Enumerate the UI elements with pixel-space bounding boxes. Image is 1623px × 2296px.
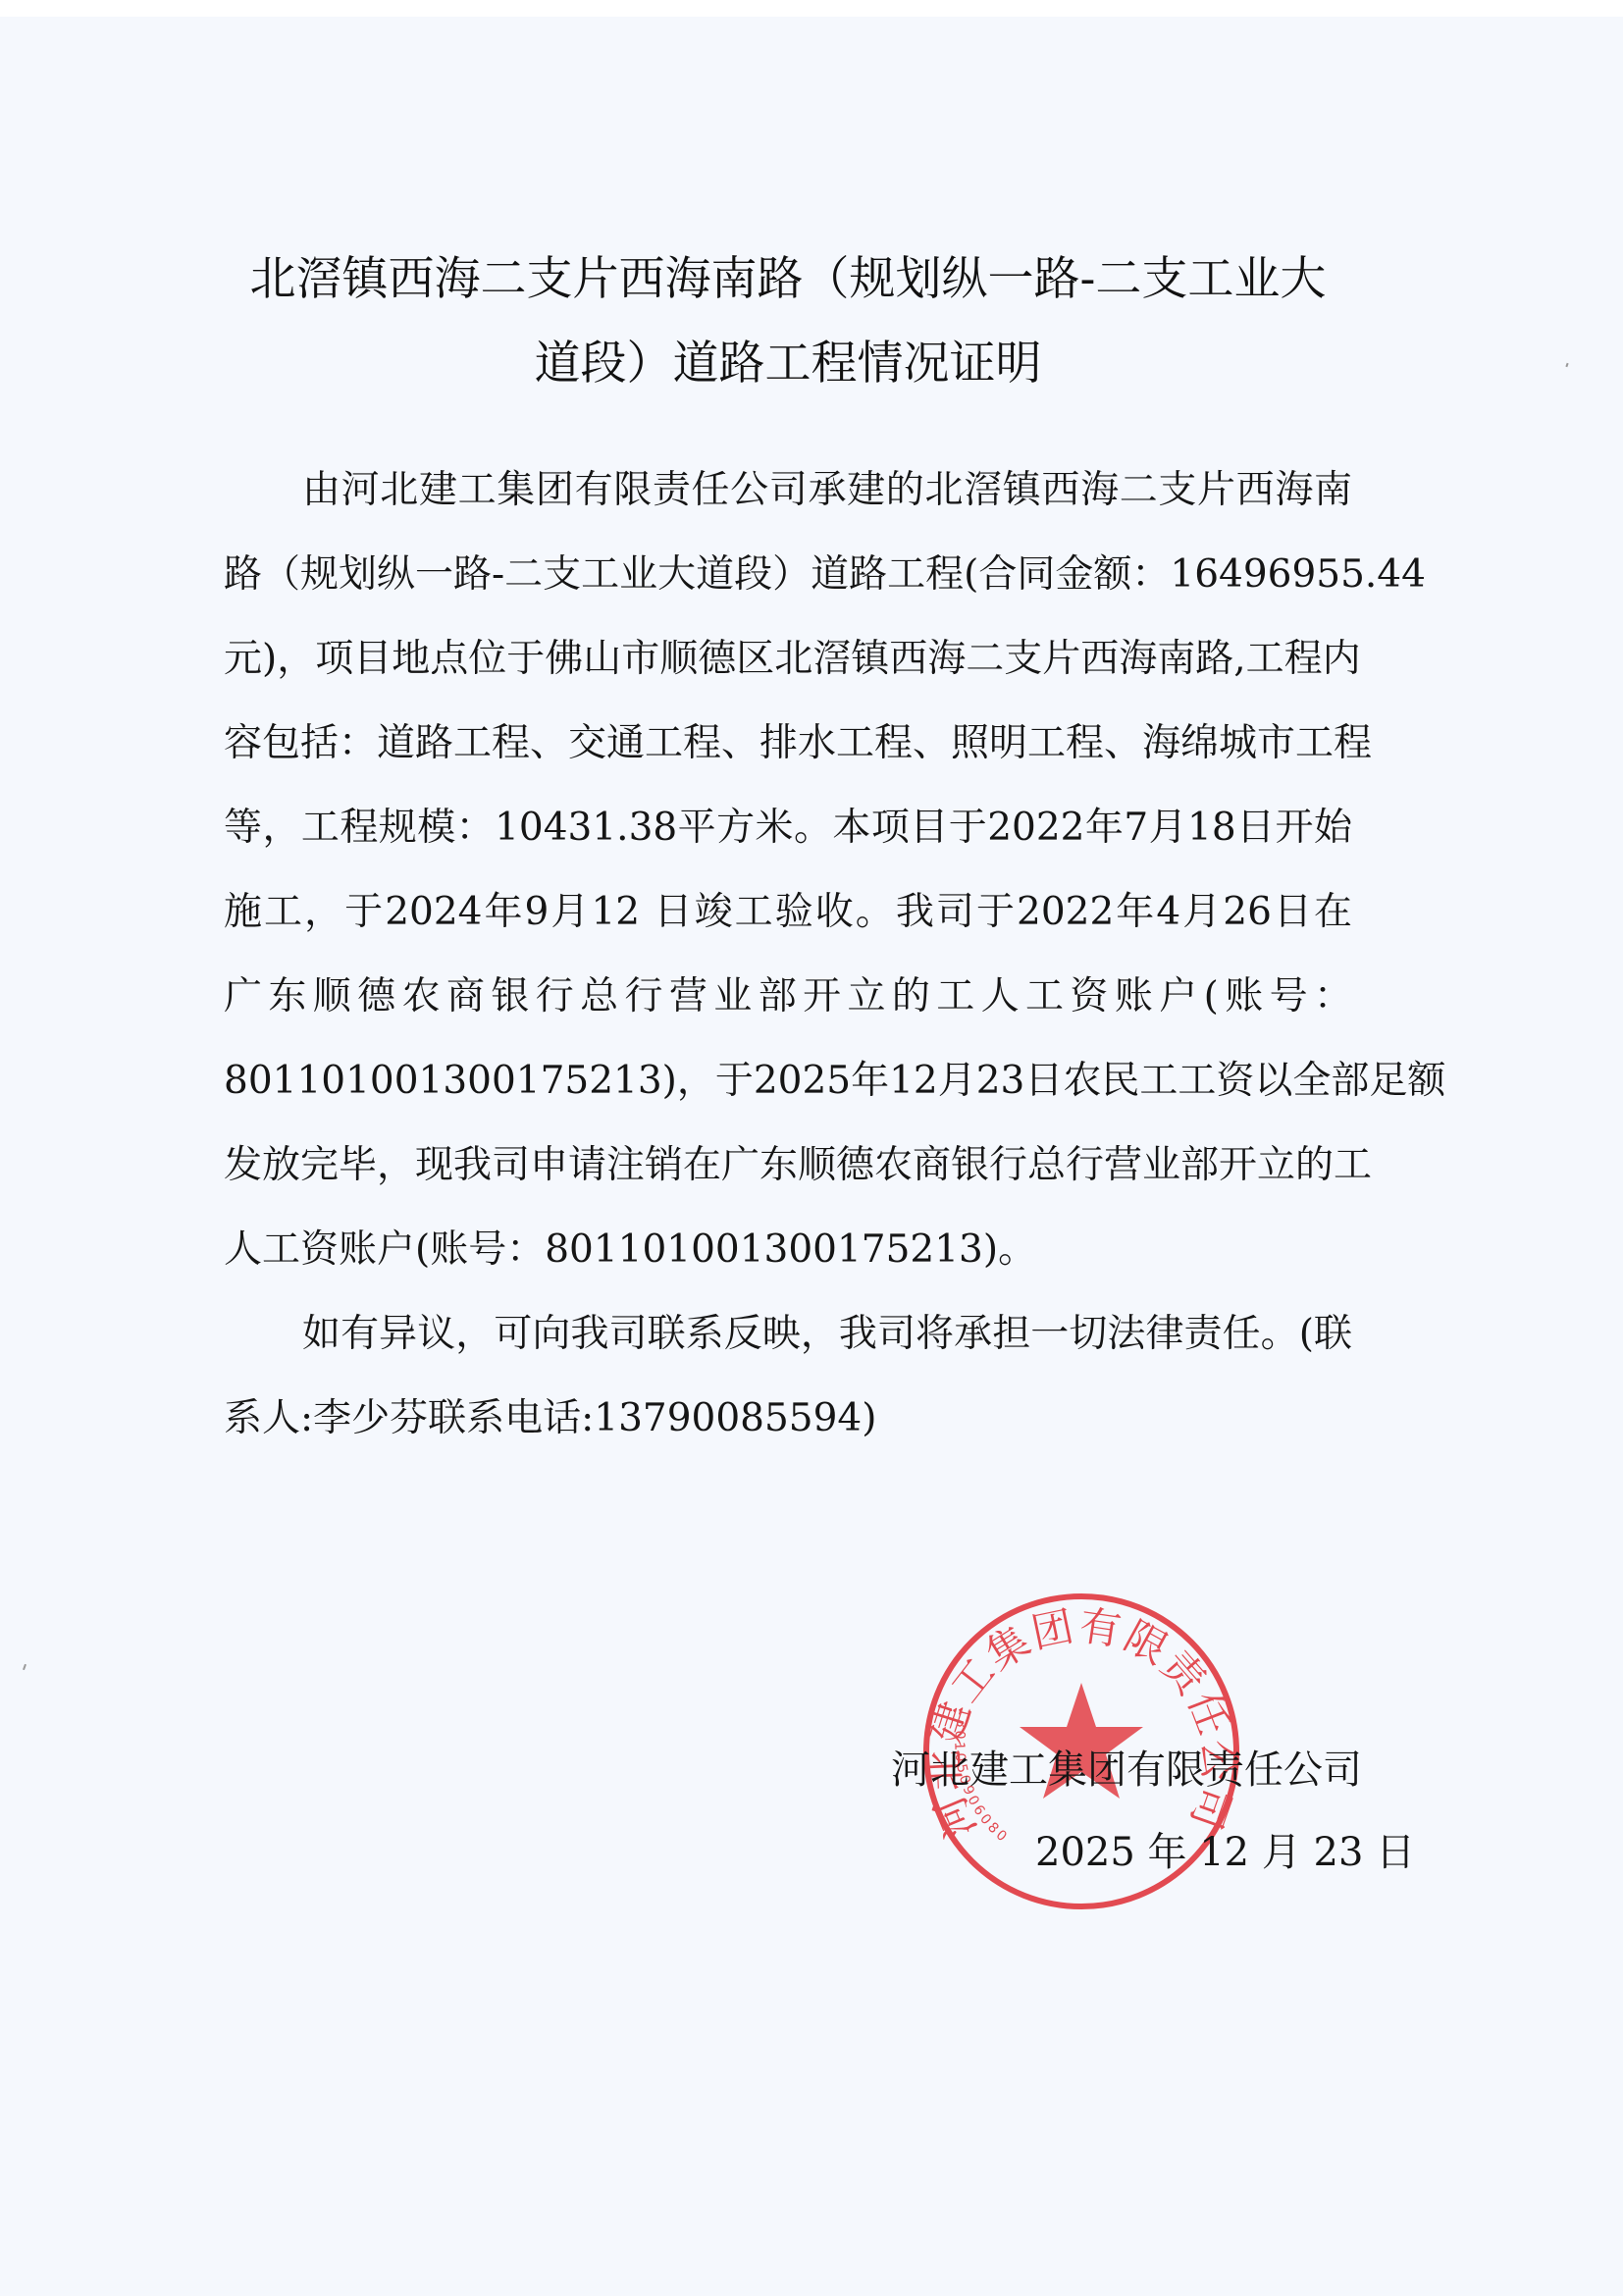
body-line: 等，工程规模：10431.38平方米。本项目于2022年7月18日开始 bbox=[224, 801, 1352, 856]
body-line: 如有异议，可向我司联系反映，我司将承担一切法律责任。(联 bbox=[224, 1307, 1352, 1362]
body-line: 由河北建工集团有限责任公司承建的北滘镇西海二支片西海南 bbox=[224, 463, 1352, 518]
document-title-line-2: 道段）道路工程情况证明 bbox=[224, 322, 1352, 406]
body-line: 系人:李少芬联系电话:13790085594) bbox=[224, 1391, 1352, 1446]
body-line: 801101001300175213)，于2025年12月23日农民工工资以全部… bbox=[224, 1054, 1352, 1109]
body-line: 广东顺德农商银行总行营业部开立的工人工资账户(账号： bbox=[224, 969, 1352, 1024]
body-line: 路（规划纵一路-二支工业大道段）道路工程(合同金额：16496955.44 bbox=[224, 548, 1352, 602]
body-line: 人工资账户(账号：801101001300175213)。 bbox=[224, 1223, 1352, 1278]
signature-company: 河北建工集团有限责任公司 bbox=[891, 1743, 1362, 1798]
body-line: 元)，项目地点位于佛山市顺德区北滘镇西海二支片西海南路,工程内 bbox=[224, 632, 1352, 687]
body-line: 发放完毕，现我司申请注销在广东顺德农商银行总行营业部开立的工 bbox=[224, 1138, 1352, 1193]
body-line: 施工，于2024年9月12 日竣工验收。我司于2022年4月26日在 bbox=[224, 885, 1352, 940]
signature-date: 2025 年 12 月 23 日 bbox=[1035, 1825, 1415, 1880]
body-line: 容包括：道路工程、交通工程、排水工程、照明工程、海绵城市工程 bbox=[224, 716, 1352, 771]
document-title-line-1: 北滘镇西海二支片西海南路（规划纵一路-二支工业大 bbox=[224, 237, 1352, 322]
